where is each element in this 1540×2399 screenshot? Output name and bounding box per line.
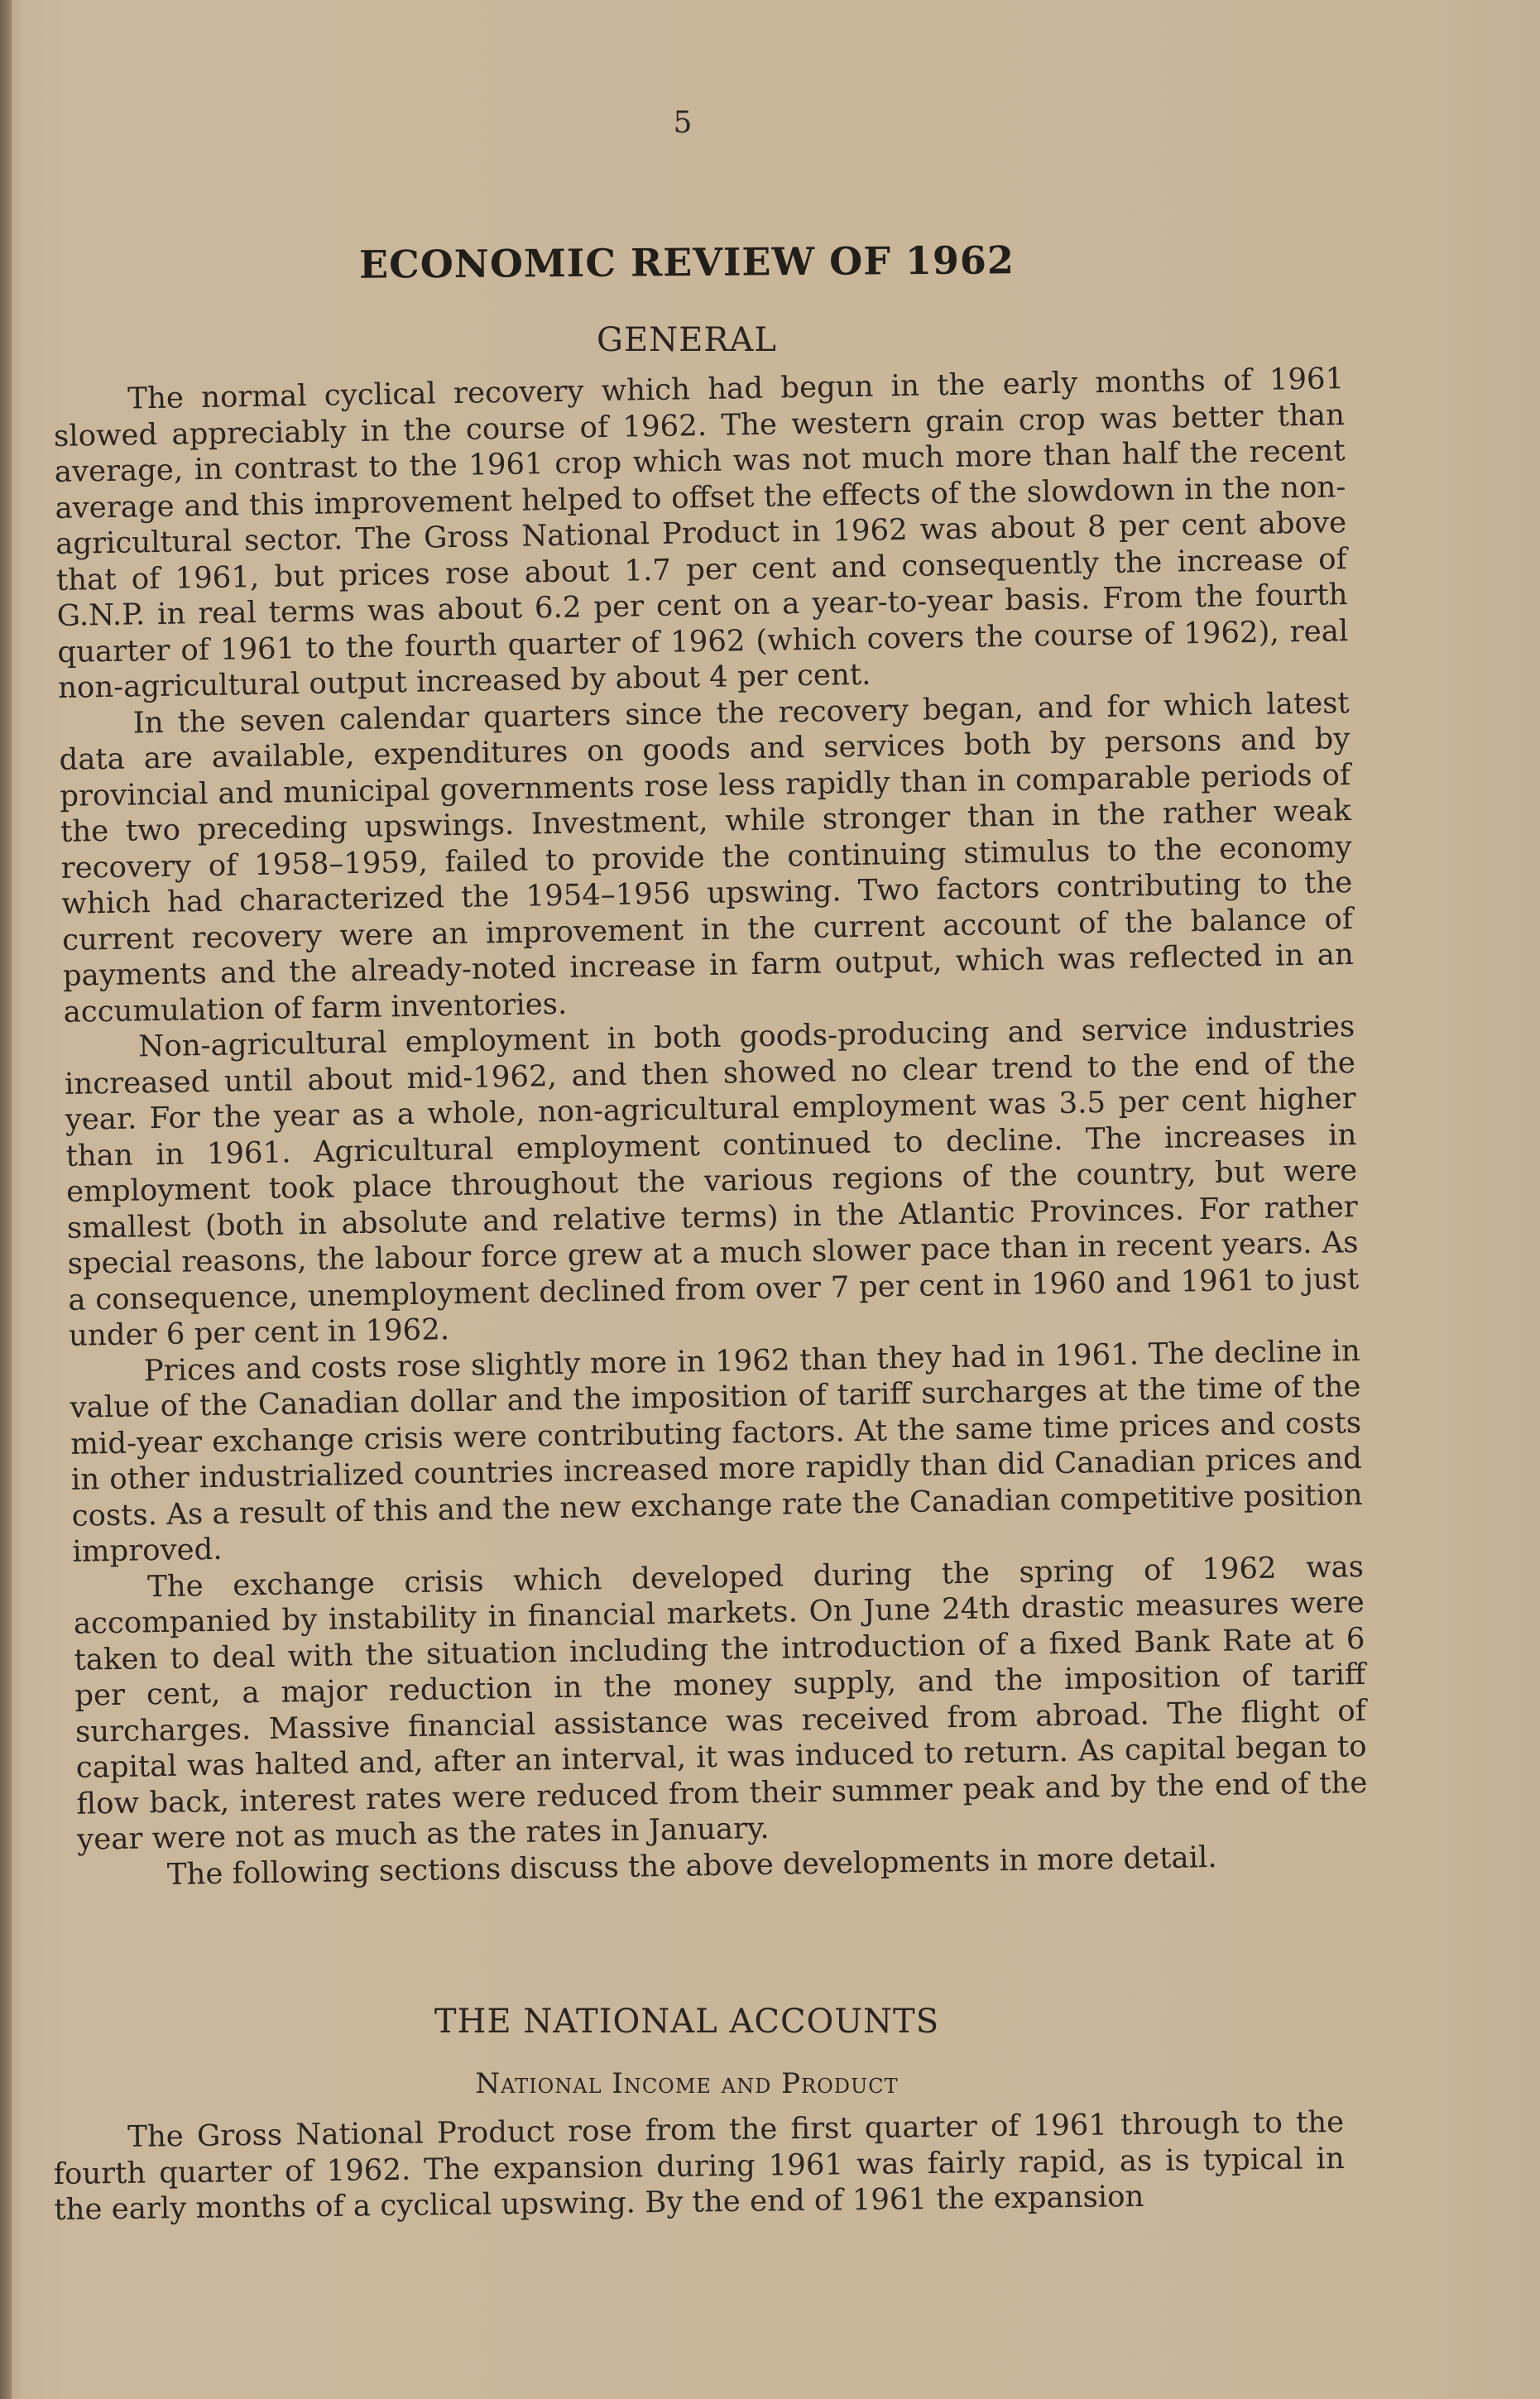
- paragraph: The exchange crisis which developed duri…: [73, 1548, 1369, 1858]
- subheading-national-income-and-product: National Income and Product: [0, 2067, 1374, 2100]
- paragraph: Prices and costs rose slightly more in 1…: [69, 1332, 1363, 1570]
- section-heading-national-accounts: THE NATIONAL ACCOUNTS: [0, 2003, 1374, 2041]
- paragraph: The normal cyclical recovery which had b…: [53, 361, 1349, 706]
- page-title: ECONOMIC REVIEW OF 1962: [0, 235, 1374, 290]
- paragraph: Non-agricultural employment in both good…: [64, 1009, 1360, 1354]
- page-number: 5: [0, 106, 1365, 140]
- paragraph: The Gross National Product rose from the…: [53, 2104, 1345, 2229]
- national-accounts-body: The Gross National Product rose from the…: [53, 2104, 1345, 2229]
- general-section-body: The normal cyclical recovery which had b…: [53, 361, 1369, 1894]
- scanned-page: 5 ECONOMIC REVIEW OF 1962 GENERAL The no…: [0, 0, 1540, 2399]
- paragraph: In the seven calendar quarters since the…: [58, 685, 1354, 1030]
- section-heading-general: GENERAL: [0, 321, 1374, 359]
